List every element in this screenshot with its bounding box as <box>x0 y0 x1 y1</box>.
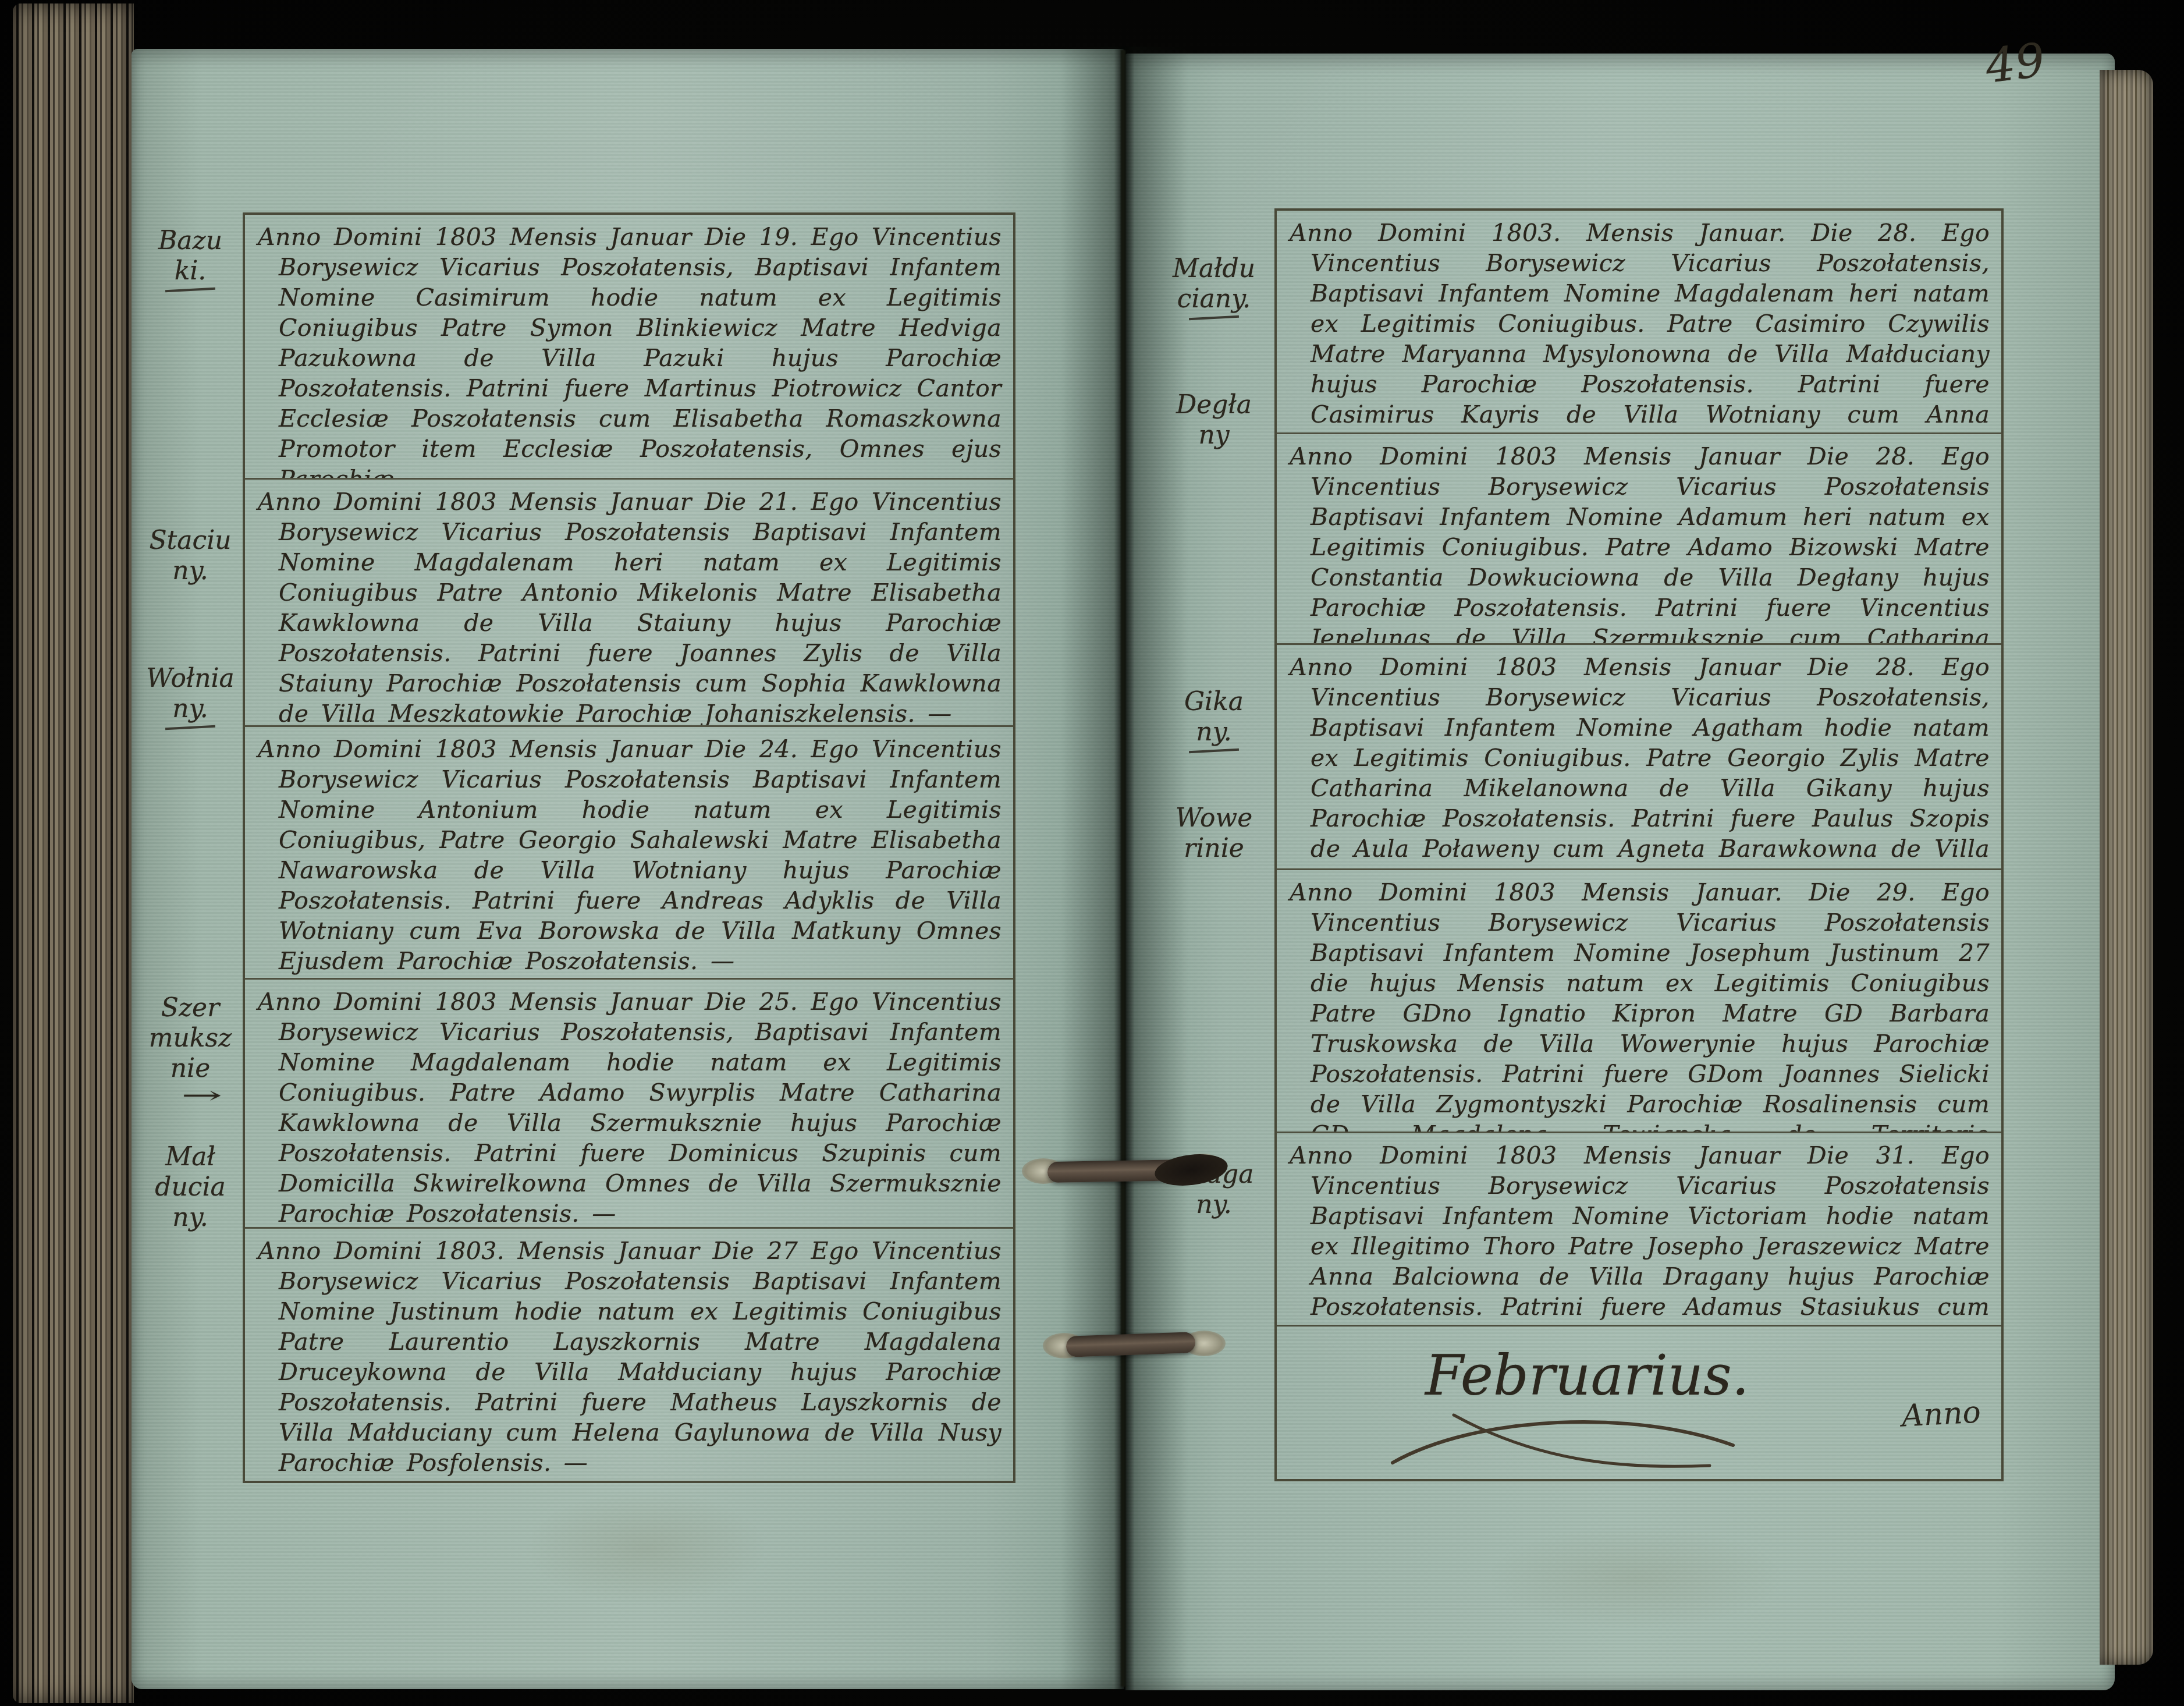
month-heading: Februarius. <box>1425 1344 1749 1408</box>
register-row: Anno Domini 1803 Mensis Januar Die 31. E… <box>1277 1133 2001 1327</box>
baptism-entry-text: Anno Domini 1803. Mensis Januar Die 27 E… <box>258 1236 1002 1478</box>
baptism-entry-text: Anno Domini 1803 Mensis Januar Die 28. E… <box>1290 441 1990 645</box>
right-register-table: Anno Domini 1803. Mensis Januar. Die 28.… <box>1274 208 2004 1481</box>
register-row: Anno Domini 1803. Mensis Januar Die 27 E… <box>245 1229 1013 1481</box>
margin-label-malduciany-left: Mał ducia ny. <box>138 1142 243 1233</box>
month-section: Februarius. <box>1277 1327 2001 1479</box>
baptism-entry-text: Anno Domini 1803. Mensis Januar. Die 28.… <box>1290 218 1990 434</box>
margin-label-szermuksznie: Szer muksz nie → <box>138 993 243 1107</box>
baptism-entry-text: Anno Domini 1803 Mensis Januar. Die 29. … <box>1290 877 1990 1133</box>
baptism-entry-text: Anno Domini 1803 Mensis Januar Die 28. E… <box>1290 652 1990 870</box>
left-register-table: Anno Domini 1803 Mensis Januar Die 19. E… <box>243 212 1015 1483</box>
page-edges-right <box>2100 70 2153 1665</box>
register-row: Anno Domini 1803. Mensis Januar. Die 28.… <box>1277 211 2001 434</box>
margin-label-gikany: Gika ny. <box>1162 687 1266 752</box>
baptism-entry-text: Anno Domini 1803 Mensis Januar Die 24. E… <box>258 734 1002 976</box>
baptism-entry-text: Anno Domini 1803 Mensis Januar Die 25. E… <box>258 987 1002 1229</box>
baptism-entry-text: Anno Domini 1803 Mensis Januar Die 19. E… <box>258 222 1002 480</box>
register-row: Anno Domini 1803 Mensis Januar. Die 29. … <box>1277 870 2001 1133</box>
catchword-anno: Anno <box>1901 1395 1982 1434</box>
page-number: 49 <box>1983 33 2048 94</box>
margin-label-wotniany: Wołnia ny. <box>138 664 243 729</box>
baptism-entry-text: Anno Domini 1803 Mensis Januar Die 21. E… <box>258 487 1002 727</box>
register-row: Anno Domini 1803 Mensis Januar Die 25. E… <box>245 980 1013 1229</box>
register-row: Anno Domini 1803 Mensis Januar Die 19. E… <box>245 215 1013 480</box>
margin-label-bazuki: Bazu ki. <box>138 226 243 291</box>
register-row: Anno Domini 1803 Mensis Januar Die 24. E… <box>245 727 1013 980</box>
register-row: Anno Domini 1803 Mensis Januar Die 21. E… <box>245 480 1013 727</box>
cross-flourish <box>1384 1404 1745 1474</box>
margin-label-deglany: Degła ny <box>1162 390 1266 451</box>
manuscript-book-scan: 49 Bazu ki. Staciu ny. Wołnia ny. Szer m… <box>0 0 2184 1706</box>
register-row: Anno Domini 1803 Mensis Januar Die 28. E… <box>1277 645 2001 870</box>
baptism-entry-text: Anno Domini 1803 Mensis Januar Die 31. E… <box>1290 1140 1990 1327</box>
page-edges-left <box>13 3 134 1703</box>
book-gutter-crease <box>1121 50 1125 1687</box>
margin-label-staciuny: Staciu ny. <box>138 526 243 586</box>
register-row: Anno Domini 1803 Mensis Januar Die 28. E… <box>1277 434 2001 645</box>
margin-label-malduciany-right: Małdu ciany. <box>1162 254 1266 319</box>
margin-label-wowerinie: Wowe rinie <box>1162 803 1266 864</box>
